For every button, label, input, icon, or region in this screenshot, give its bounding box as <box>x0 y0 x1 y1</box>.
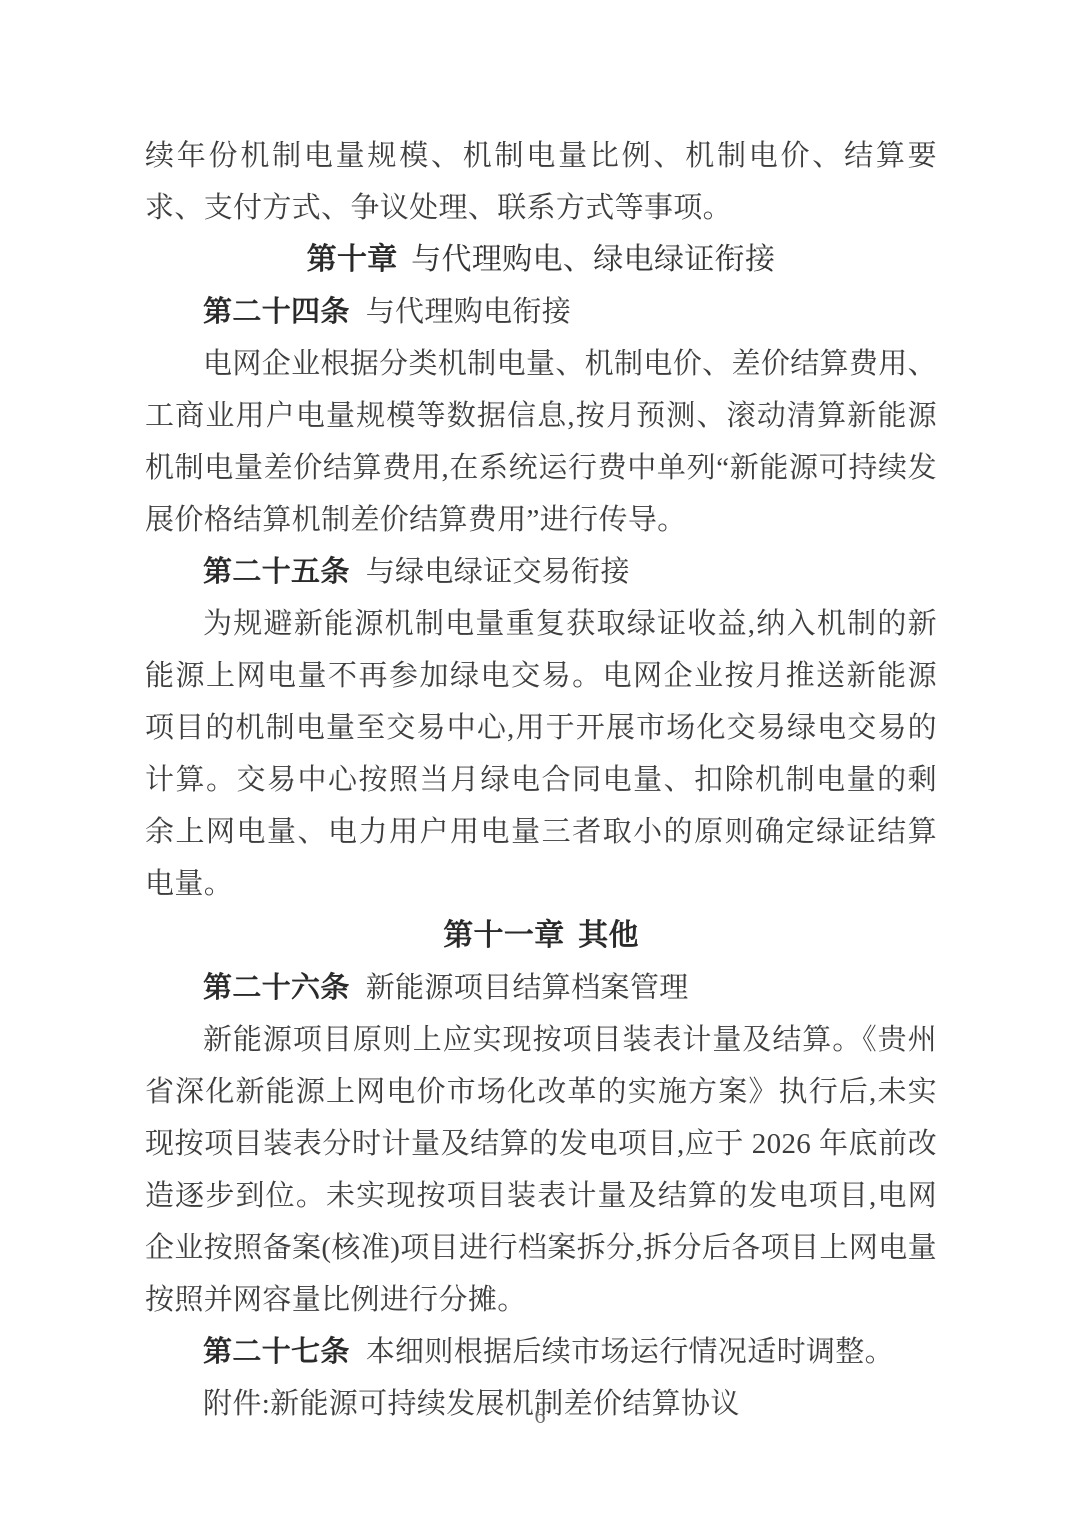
article-24-title: 与代理购电衔接 <box>366 296 571 328</box>
document-body: 续年份机制电量规模、机制电量比例、机制电价、结算要求、支付方式、争议处理、联系方… <box>145 130 937 1430</box>
article-26-number: 第二十六条 <box>203 972 350 1004</box>
chapter-11-title: 其他 <box>578 919 639 952</box>
chapter-11-heading: 第十一章其他 <box>145 910 937 962</box>
article-25-body: 为规避新能源机制电量重复获取绿证收益,纳入机制的新能源上网电量不再参加绿电交易。… <box>145 598 937 910</box>
article-25-number: 第二十五条 <box>203 556 350 588</box>
continuation-paragraph: 续年份机制电量规模、机制电量比例、机制电价、结算要求、支付方式、争议处理、联系方… <box>145 130 937 234</box>
article-27-text: 本细则根据后续市场运行情况适时调整。 <box>366 1336 894 1368</box>
page-number: 6 <box>0 1403 1080 1429</box>
chapter-10-title: 与代理购电、绿电绿证衔接 <box>411 243 775 276</box>
article-24-number: 第二十四条 <box>203 296 350 328</box>
chapter-11-number: 第十一章 <box>443 919 564 952</box>
chapter-10-number: 第十章 <box>307 243 398 276</box>
article-24-body: 电网企业根据分类机制电量、机制电价、差价结算费用、工商业用户电量规模等数据信息,… <box>145 338 937 546</box>
article-25-title: 与绿电绿证交易衔接 <box>366 556 630 588</box>
article-27-number: 第二十七条 <box>203 1336 350 1368</box>
article-27-heading: 第二十七条本细则根据后续市场运行情况适时调整。 <box>145 1326 937 1378</box>
document-page: 续年份机制电量规模、机制电量比例、机制电价、结算要求、支付方式、争议处理、联系方… <box>0 0 1080 1527</box>
chapter-10-heading: 第十章与代理购电、绿电绿证衔接 <box>145 234 937 286</box>
article-24-heading: 第二十四条与代理购电衔接 <box>145 286 937 338</box>
article-26-heading: 第二十六条新能源项目结算档案管理 <box>145 962 937 1014</box>
article-25-heading: 第二十五条与绿电绿证交易衔接 <box>145 546 937 598</box>
article-26-title: 新能源项目结算档案管理 <box>366 972 689 1004</box>
article-26-body: 新能源项目原则上应实现按项目装表计量及结算。《贵州省深化新能源上网电价市场化改革… <box>145 1014 937 1326</box>
